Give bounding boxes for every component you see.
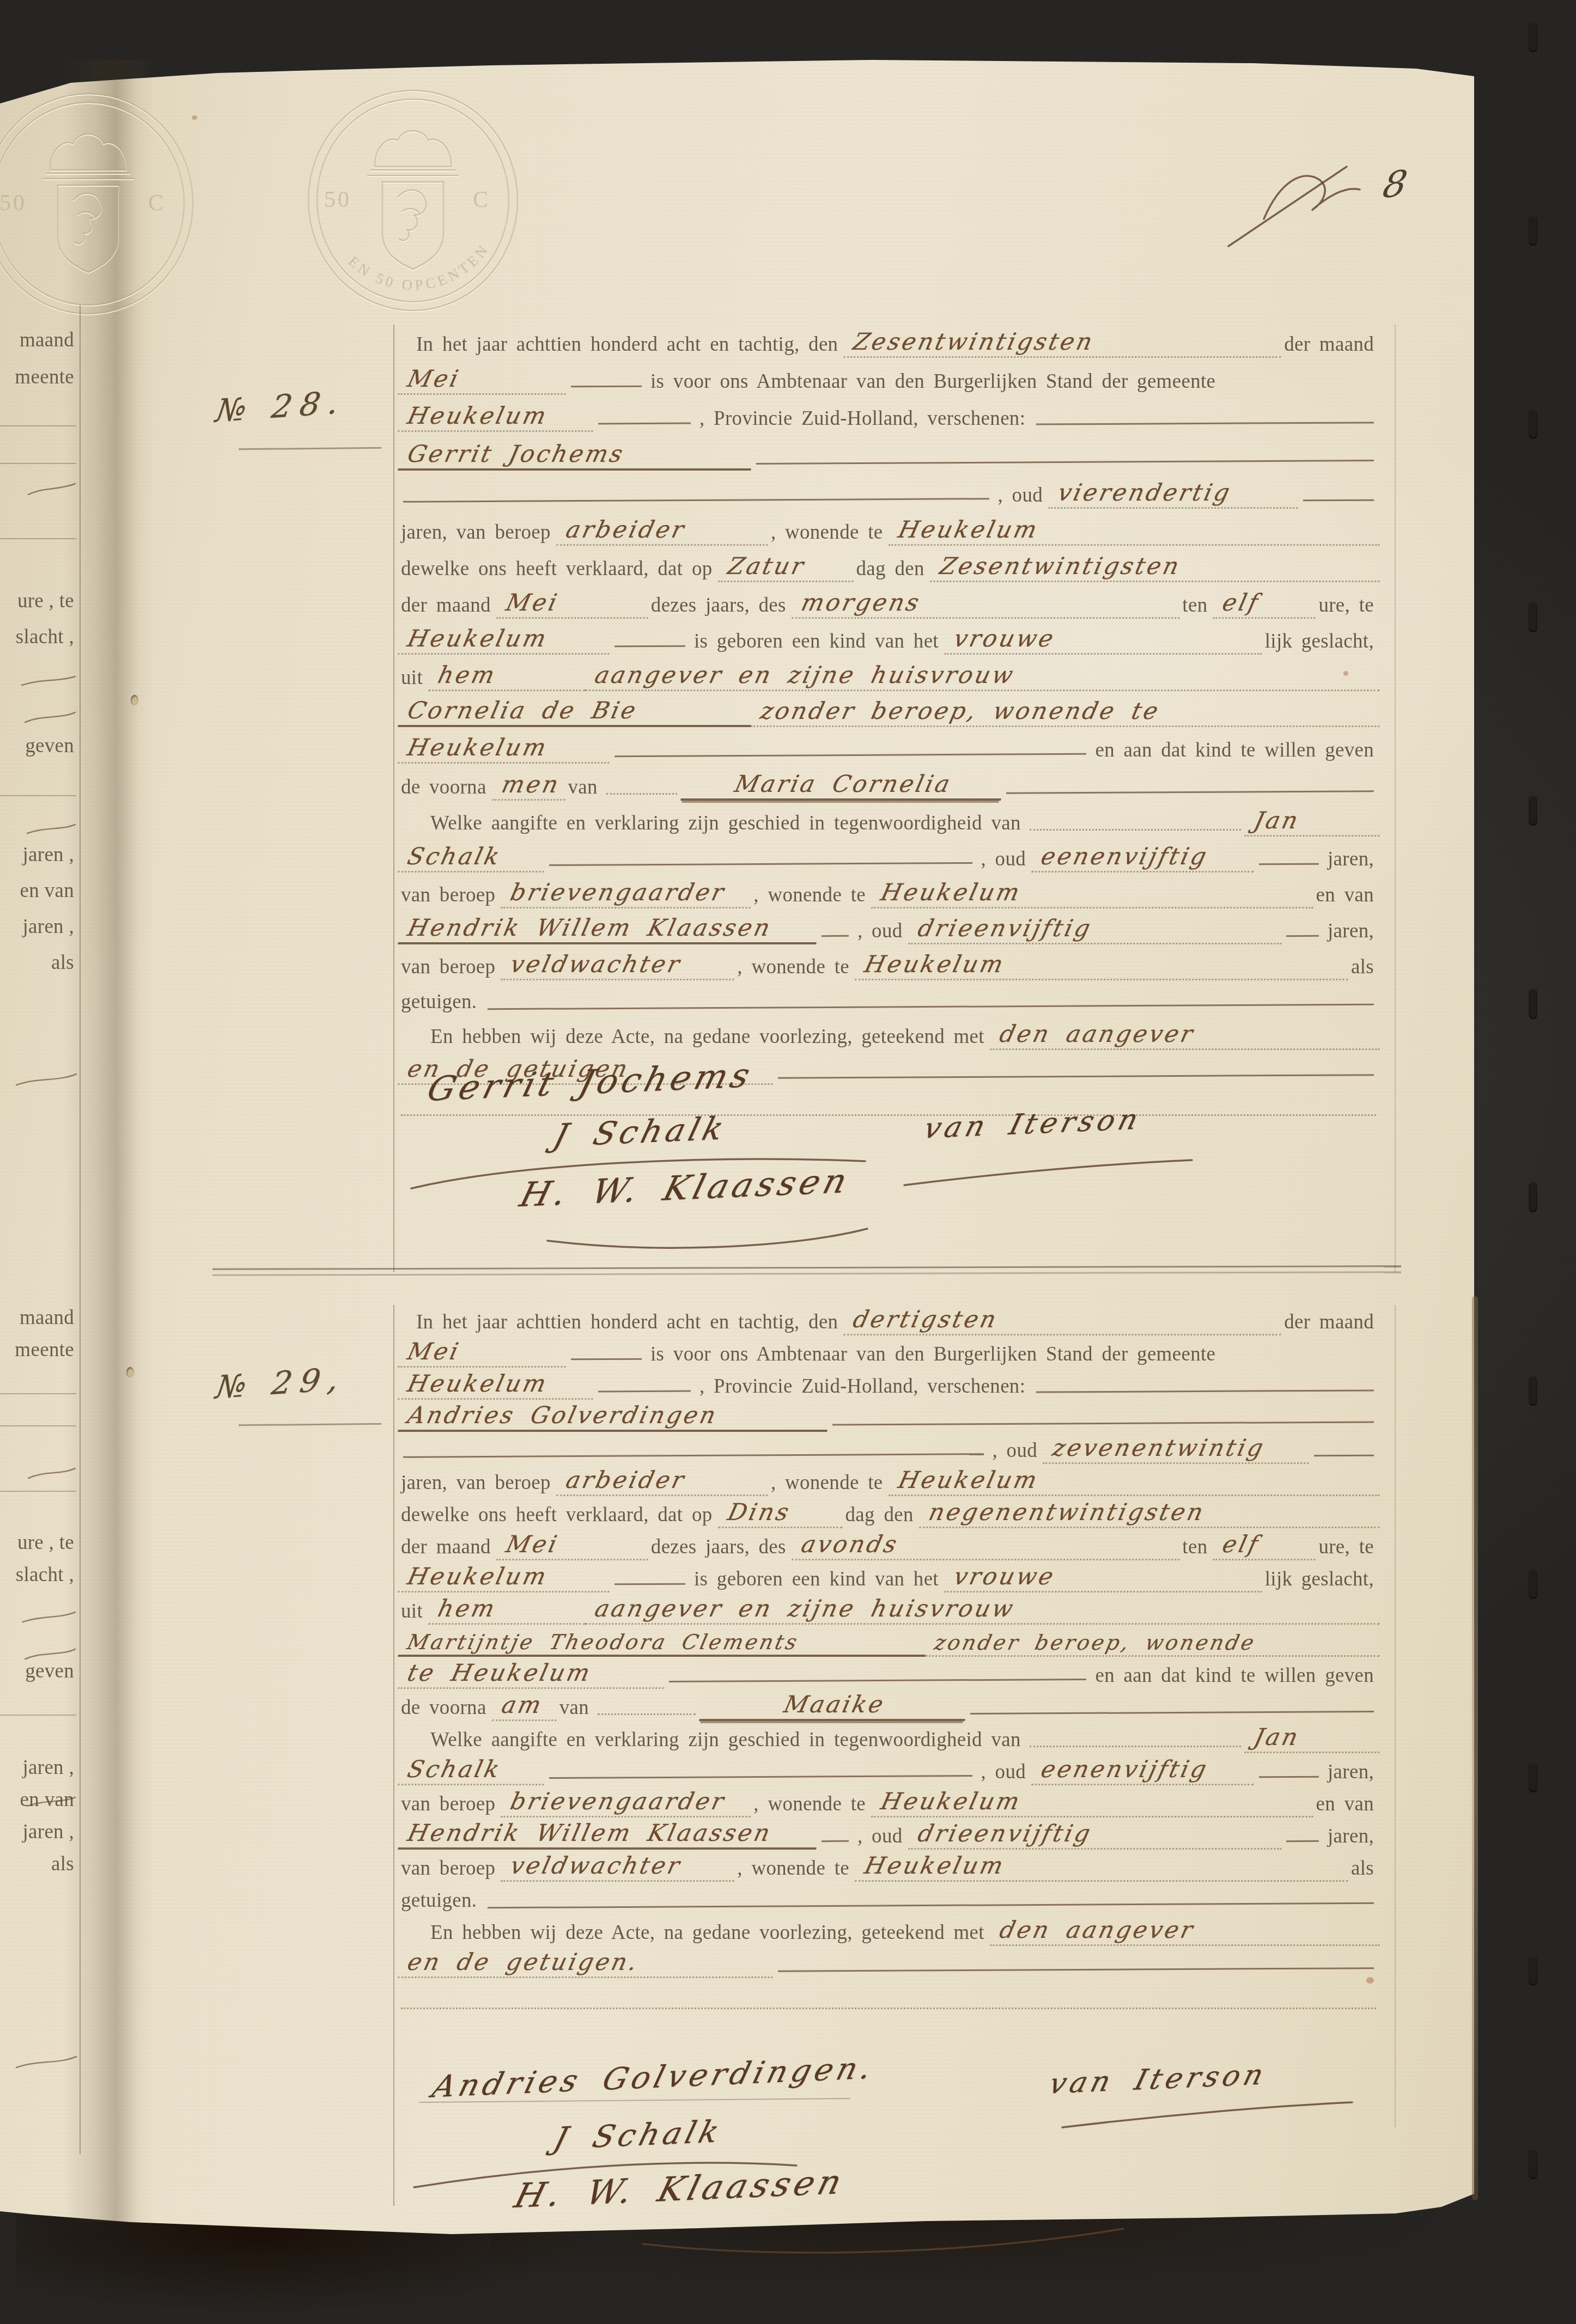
form-line: de voorna am van Maaike [398, 1686, 1379, 1721]
form-line: Heukelum , Provincie Zuid-Holland, versc… [398, 1365, 1379, 1400]
handwritten-birthplace: Heukelum [398, 625, 616, 655]
binding-stitch [1529, 1569, 1537, 1599]
handwritten-text: aangever en zijne huisvrouw [585, 1595, 1386, 1625]
printed-text: dezes jaars, des [648, 594, 792, 619]
printed-text: van beroep [398, 1857, 501, 1882]
pen-stroke [598, 423, 691, 425]
margin-fragment: maand [20, 328, 74, 352]
printed-text: Welke aangifte en verklaring zijn geschi… [427, 812, 1026, 837]
printed-text: , oud [989, 1439, 1043, 1464]
dotted-leader [401, 2008, 1376, 2009]
dotted-leader [1030, 1746, 1241, 1747]
handwritten-witness2-age: drieenvijftig [908, 915, 1288, 944]
form-right-rule-r28 [1395, 325, 1396, 1272]
pen-stroke [1303, 499, 1374, 502]
printed-text: de voorna [398, 1696, 492, 1721]
handwritten-text: aangever en zijne huisvrouw [585, 662, 1386, 691]
binding-stitch [1529, 1375, 1537, 1406]
printed-text: , wonende te [734, 955, 855, 980]
handwritten-municipality: Heukelum [398, 1370, 599, 1400]
pen-stroke [1036, 1389, 1374, 1393]
binding-stitch [1529, 989, 1537, 1019]
foxing-spot [192, 115, 197, 120]
pen-stroke [832, 1421, 1374, 1425]
handwritten-declarant-name: Andries Golverdingen [398, 1402, 834, 1432]
handwritten-mother-residence: Heukelum [398, 734, 616, 764]
printed-text: , oud [978, 847, 1032, 873]
handwritten-mother-name: Cornelia de Bie [398, 697, 758, 727]
handwritten-witness2-name: Hendrik Willem Klaassen [398, 914, 823, 944]
pen-stroke [571, 1358, 642, 1361]
printed-text: In het jaar achttien honderd acht en tac… [413, 333, 843, 358]
printed-text: en aan dat kind te willen geven [1092, 1664, 1379, 1689]
printed-text: uit [398, 666, 428, 691]
pen-stroke [1259, 863, 1319, 865]
form-line: dewelke ons heeft verklaard, dat op Zatu… [398, 547, 1379, 582]
handwritten-day: Zesentwintigsten [843, 328, 1287, 358]
form-line: Schalk , oud eenenvijftig jaren, [398, 1750, 1379, 1785]
printed-text: , oud [854, 919, 908, 944]
printed-text: , oud [978, 1760, 1032, 1785]
handwritten-daypart: morgens [792, 589, 1186, 619]
printed-text: dag den [842, 1503, 919, 1528]
form-line: uit hem aangever en zijne huisvrouw [398, 656, 1379, 691]
margin-fragment: jaren , [22, 843, 74, 867]
form-line: uit hem aangever en zijne huisvrouw [398, 1590, 1379, 1625]
form-line: In het jaar achttien honderd acht en tac… [413, 323, 1379, 358]
handwritten-mother-name: Martijntje Theodora Clements [398, 1630, 931, 1657]
dotted-leader [598, 1713, 696, 1715]
margin-fragment: ure , te [17, 1531, 74, 1554]
printed-text: dezes jaars, des [648, 1535, 792, 1560]
handwritten-witness2-age: drieenvijftig [908, 1820, 1288, 1850]
handwritten-age: zevenentwintig [1043, 1435, 1315, 1464]
form-right-rule-r29 [1395, 1305, 1396, 2127]
binding-stitch [1529, 215, 1537, 246]
pen-stroke [756, 460, 1374, 465]
pen-stroke [778, 1967, 1374, 1972]
form-line: Gerrit Jochems [398, 436, 1379, 471]
margin-fragment: en van [20, 879, 74, 902]
handwritten-hour: elf [1213, 1531, 1322, 1560]
handwritten-child-name: Maaike [699, 1691, 972, 1721]
form-line: Martijntje Theodora Clements zonder bero… [398, 1622, 1379, 1657]
printed-text: , wonende te [750, 1792, 871, 1817]
margin-rule [0, 795, 76, 796]
handwritten-birth-day: Zesentwintigsten [930, 553, 1386, 582]
form-line: Welke aangifte en verklaring zijn geschi… [427, 1718, 1379, 1753]
handwritten-municipality: Heukelum [398, 402, 599, 432]
form-line: getuigen. [398, 1879, 1379, 1914]
printed-text: En hebben wij deze Acte, na gedane voorl… [427, 1921, 990, 1946]
form-line: de voorna men van Maria Cornelia [398, 766, 1379, 801]
form-line: van beroep veldwachter , wonende te Heuk… [398, 946, 1379, 980]
pen-stroke [571, 386, 642, 388]
printed-text: lijk geslacht, [1262, 1567, 1379, 1593]
binding-stitch [1529, 1182, 1537, 1212]
printed-text: jaren, van beroep [398, 521, 556, 546]
margin-fragment: slacht , [16, 625, 74, 649]
printed-text: , Provincie Zuid-Holland, verschenen: [696, 1375, 1031, 1400]
form-line: Heukelum is geboren een kind van het vro… [398, 620, 1379, 655]
printed-text: getuigen. [398, 990, 482, 1015]
margin-fragment: maand [20, 1306, 74, 1329]
form-line: van beroep brievengaarder , wonende te H… [398, 1783, 1379, 1817]
handwritten-occupation: arbeider [556, 516, 774, 546]
margin-fragment: jaren , [22, 1820, 74, 1844]
pen-stroke [1286, 1840, 1319, 1842]
printed-text: lijk geslacht, [1262, 630, 1379, 655]
form-line: Heukelum , Provincie Zuid-Holland, versc… [398, 397, 1379, 432]
binding-stitch [1529, 1762, 1537, 1792]
printed-text: dewelke ons heeft verklaard, dat op [398, 557, 718, 582]
handwritten-text: hem [428, 662, 592, 691]
printed-text: van beroep [398, 1792, 501, 1817]
pen-stroke [822, 1840, 849, 1842]
binding-stitch [1529, 1955, 1537, 1986]
margin-fragment: en van [20, 1788, 74, 1811]
handwritten-weekday: Dins [718, 1499, 849, 1528]
printed-text: , wonende te [750, 883, 871, 908]
form-left-rule-r29 [393, 1305, 394, 2206]
binding-stitch [1529, 795, 1537, 826]
form-line: Andries Golverdingen [398, 1397, 1379, 1432]
handwritten-gender: vrouwe [944, 1563, 1268, 1593]
handwritten-witness1-surname: Schalk [398, 1756, 550, 1785]
printed-text: is voor ons Ambtenaar van den Burgerlijk… [647, 1343, 1221, 1368]
handwritten-mother-residence: te Heukelum [398, 1660, 670, 1689]
form-line: Heukelum is geboren een kind van het vro… [398, 1558, 1379, 1593]
handwritten-witness1-surname: Schalk [398, 843, 550, 873]
printed-text: der maand [398, 1535, 496, 1560]
form-line: jaren, van beroep arbeider , wonende te … [398, 511, 1379, 546]
form-line: Hendrik Willem Klaassen , oud drieenvijf… [398, 1815, 1379, 1850]
margin-fragment: jaren , [22, 915, 74, 938]
binding-hole [126, 1367, 134, 1378]
previous-page-margin-rule [80, 305, 81, 2154]
handwritten-gender: vrouwe [944, 625, 1268, 655]
dotted-leader [1030, 829, 1241, 831]
signature-witness1: J Schalk [550, 1109, 731, 1154]
form-line-blank [398, 1980, 1379, 2015]
margin-fragment: als [51, 951, 74, 974]
printed-text: van beroep [398, 883, 501, 908]
printed-text: , wonende te [768, 521, 889, 546]
binding-stitch [1529, 2149, 1537, 2179]
margin-fragment: geven [25, 1660, 74, 1683]
handwritten-weekday: Zatur [718, 553, 860, 582]
printed-text: , wonende te [734, 1857, 855, 1882]
pen-stroke [488, 1902, 1374, 1909]
form-line: jaren, van beroep arbeider , wonende te … [398, 1461, 1379, 1496]
pen-stroke [598, 1390, 691, 1393]
handwritten-child-name: Maria Cornelia [680, 771, 1008, 801]
printed-text: dag den [853, 557, 930, 582]
handwritten-witness2-residence: Heukelum [855, 951, 1354, 980]
handwritten-birth-day: negenentwintigsten [919, 1499, 1386, 1528]
form-line: der maand Mei dezes jaars, des avonds te… [398, 1526, 1379, 1560]
dotted-leader [606, 793, 677, 795]
form-line: , oud vierendertig [398, 474, 1379, 509]
printed-text: jaren, van beroep [398, 1471, 556, 1496]
margin-fragment: als [51, 1852, 74, 1876]
printed-text: de voorna [398, 776, 492, 801]
form-line: , oud zevenentwintig [398, 1429, 1379, 1464]
binding-hole [131, 695, 138, 706]
margin-rule [0, 1425, 76, 1426]
handwritten-witness2-residence: Heukelum [855, 1852, 1354, 1882]
pen-stroke [1259, 1776, 1319, 1778]
page-stack-edge [1472, 1296, 1478, 2200]
handwritten-text: den aangever [990, 1021, 1386, 1050]
printed-text: Welke aangifte en verklaring zijn geschi… [427, 1728, 1026, 1753]
pen-stroke [614, 753, 1086, 758]
handwritten-age: vierendertig [1048, 479, 1304, 509]
dotted-leader [401, 1114, 1376, 1116]
handwritten-witness1-age: eenenvijftig [1031, 1756, 1260, 1785]
form-line: getuigen. [398, 980, 1379, 1015]
printed-text: van [565, 776, 603, 801]
margin-rule [0, 1715, 76, 1716]
pen-stroke [614, 1583, 685, 1585]
handwritten-residence: Heukelum [889, 516, 1386, 546]
printed-text: , Provincie Zuid-Holland, verschenen: [696, 407, 1031, 432]
printed-text: is voor ons Ambtenaar van den Burgerlijk… [647, 370, 1221, 395]
handwritten-text: den aangever [990, 1917, 1386, 1946]
printed-text: , oud [854, 1825, 908, 1850]
form-line: Welke aangifte en verklaring zijn geschi… [427, 802, 1379, 837]
pen-stroke [669, 1679, 1086, 1682]
printed-text: uit [398, 1600, 428, 1625]
printed-text: is geboren een kind van het [691, 1567, 944, 1593]
pen-stroke [403, 498, 989, 503]
form-line: van beroep veldwachter , wonende te Heuk… [398, 1847, 1379, 1882]
margin-rule [0, 1393, 76, 1394]
printed-text: der maand [1281, 1310, 1379, 1335]
form-line: Mei is voor ons Ambtenaar van den Burger… [398, 1333, 1379, 1368]
printed-text: en aan dat kind te willen geven [1092, 739, 1379, 764]
handwritten-text: zonder beroep, wonende te [751, 698, 1386, 727]
form-line: van beroep brievengaarder , wonende te H… [398, 874, 1379, 908]
handwritten-text: en de getuigen. [398, 1949, 779, 1978]
handwritten-witness2-name: Hendrik Willem Klaassen [398, 1820, 823, 1850]
margin-rule [0, 463, 76, 464]
margin-fragment: jaren , [22, 1756, 74, 1779]
handwritten-witness1-occupation: brievengaarder [501, 1788, 757, 1817]
form-line: En hebben wij deze Acte, na gedane voorl… [427, 1911, 1379, 1946]
pen-stroke [1286, 935, 1319, 937]
form-line: der maand Mei dezes jaars, des morgens t… [398, 584, 1379, 619]
handwritten-witness2-occupation: veldwachter [501, 951, 740, 980]
pen-stroke [549, 1775, 972, 1779]
printed-text: ten [1179, 594, 1213, 619]
handwritten-witness1-firstname: Jan [1244, 807, 1386, 837]
handwritten-text: zonder beroep, wonende [925, 1631, 1385, 1657]
handwritten-witness1-residence: Heukelum [871, 1788, 1319, 1817]
form-line: Mei is voor ons Ambtenaar van den Burger… [398, 360, 1379, 395]
form-line: En hebben wij deze Acte, na gedane voorl… [427, 1015, 1379, 1050]
printed-text: ure, te [1315, 1535, 1379, 1560]
margin-fragment: meente [15, 365, 74, 389]
printed-text: , oud [995, 484, 1049, 509]
handwritten-hour: elf [1213, 589, 1322, 619]
pen-stroke [614, 645, 685, 648]
printed-text: en van [1313, 1792, 1379, 1817]
form-line: en de getuigen. [398, 1943, 1379, 1978]
printed-text: In het jaar achttien honderd acht en tac… [413, 1310, 843, 1335]
printed-text: van beroep [398, 955, 501, 980]
form-line: Schalk , oud eenenvijftig jaren, [398, 838, 1379, 873]
printed-text: dewelke ons heeft verklaard, dat op [398, 1503, 718, 1528]
handwritten-witness1-residence: Heukelum [871, 879, 1319, 908]
form-line: In het jaar achttien honderd acht en tac… [413, 1301, 1379, 1335]
handwritten-witness1-firstname: Jan [1244, 1724, 1386, 1753]
printed-text: jaren, [1324, 1825, 1379, 1850]
form-line: te Heukelum en aan dat kind te willen ge… [398, 1654, 1379, 1689]
handwritten-day: dertigsten [843, 1306, 1287, 1335]
binding-stitch [1529, 602, 1537, 632]
handwritten-daypart: avonds [792, 1531, 1186, 1560]
pen-stroke [778, 1074, 1374, 1079]
form-line: Cornelia de Bie zonder beroep, wonende t… [398, 692, 1379, 727]
handwritten-birthplace: Heukelum [398, 1563, 616, 1593]
printed-text: ten [1179, 1535, 1213, 1560]
printed-text: en van [1313, 883, 1379, 908]
pen-stroke [970, 1711, 1374, 1715]
pen-stroke [822, 935, 849, 937]
margin-fragment: ure , te [17, 589, 74, 613]
pen-stroke [1006, 790, 1374, 794]
printed-text: der maand [398, 594, 496, 619]
margin-rule [0, 1491, 76, 1492]
handwritten-suffix: men [492, 771, 571, 801]
binding-stitch [1529, 22, 1537, 52]
handwritten-witness1-occupation: brievengaarder [501, 879, 757, 908]
margin-fragment: slacht , [16, 1563, 74, 1587]
handwritten-occupation: arbeider [556, 1467, 774, 1496]
form-line: dewelke ons heeft verklaard, dat op Dins… [398, 1493, 1379, 1528]
handwritten-suffix: am [492, 1692, 563, 1721]
handwritten-text: hem [428, 1595, 592, 1625]
handwritten-residence: Heukelum [889, 1467, 1386, 1496]
printed-text: En hebben wij deze Acte, na gedane voorl… [427, 1025, 990, 1050]
margin-rule [0, 538, 76, 539]
scanned-book-page: 50 C 50 C EN 50 OPCENTEN 8 maand meente … [0, 0, 1576, 2324]
printed-text: jaren, [1324, 919, 1379, 944]
form-line: Heukelum en aan dat kind te willen geven [398, 729, 1379, 764]
margin-fragment: meente [15, 1338, 74, 1362]
printed-text: jaren, [1324, 1760, 1379, 1785]
handwritten-declarant-name: Gerrit Jochems [398, 441, 758, 471]
margin-rule [0, 425, 76, 426]
printed-text: der maand [1281, 333, 1379, 358]
printed-text: van [556, 1696, 594, 1721]
handwritten-month: Mei [398, 365, 572, 395]
handwritten-witness1-age: eenenvijftig [1031, 843, 1260, 873]
handwritten-birth-month: Mei [496, 589, 654, 619]
printed-text: getuigen. [398, 1889, 482, 1914]
form-left-rule-r28 [393, 325, 394, 1272]
handwritten-month: Mei [398, 1338, 572, 1368]
printed-text: jaren, [1324, 847, 1379, 873]
pen-stroke [488, 1004, 1374, 1010]
pen-stroke [1036, 422, 1374, 425]
handwritten-witness2-occupation: veldwachter [501, 1852, 740, 1882]
handwritten-birth-month: Mei [496, 1531, 654, 1560]
binding-gutter-fold [63, 60, 155, 2222]
margin-fragment: geven [25, 734, 74, 758]
printed-text: ure, te [1315, 594, 1379, 619]
pen-stroke [1314, 1455, 1374, 1457]
pen-stroke [403, 1453, 984, 1458]
pen-stroke [549, 862, 972, 866]
printed-text: , wonende te [768, 1471, 889, 1496]
binding-stitch [1529, 408, 1537, 439]
printed-text: is geboren een kind van het [691, 630, 944, 655]
form-line: Hendrik Willem Klaassen , oud drieenvijf… [398, 910, 1379, 944]
